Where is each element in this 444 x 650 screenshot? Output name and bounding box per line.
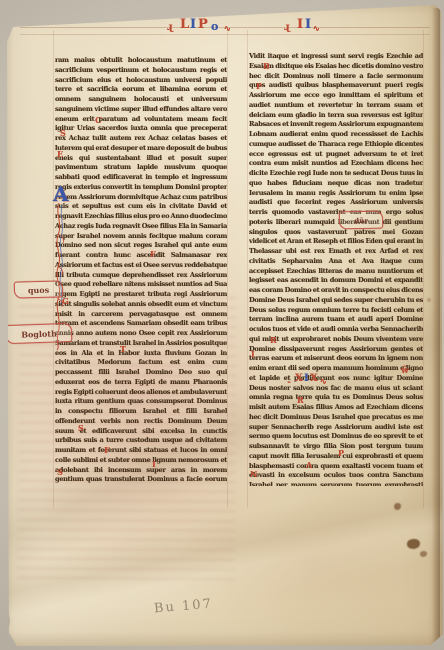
rubric-mark: ∿ — [320, 377, 327, 385]
margin-note-bogloth: Bogloth — [6, 323, 73, 344]
rubric-mark: o — [211, 21, 218, 32]
rubric-mark: E — [57, 150, 63, 158]
rubric-mark: ɻ — [284, 23, 290, 33]
rubric-mark: X — [295, 374, 303, 384]
rubric-mark: S — [60, 129, 66, 137]
ruling-line-top-2 — [20, 34, 430, 35]
rubric-mark: ɻ — [167, 23, 173, 33]
rubric-mark: ∿ — [313, 24, 320, 32]
rubric-mark: X — [310, 374, 318, 384]
margin-note-quos: quos — [14, 280, 63, 298]
decorated-initial: A — [51, 183, 81, 333]
rubric-mark: w̃ — [401, 367, 409, 376]
rubric-mark: L — [180, 18, 189, 31]
rubric-mark: S — [78, 424, 84, 432]
rubric-mark: S — [57, 468, 63, 476]
rubric-mark: G — [62, 297, 69, 305]
rubric-mark: P — [198, 18, 208, 31]
rubric-mark: T — [120, 345, 126, 353]
ruling-line-gutter-2 — [247, 30, 248, 508]
rubric-mark: I — [305, 18, 311, 31]
rubric-mark: I — [152, 460, 156, 468]
text-column-right: Vidit itaque et ingressi sunt servi regi… — [249, 52, 423, 486]
rubric-mark: I — [251, 350, 255, 358]
rubric-mark: P — [338, 449, 344, 457]
rubric-mark: I — [297, 18, 303, 31]
page-edge — [432, 8, 440, 642]
rubric-mark: N — [250, 470, 257, 478]
rubric-mark: P — [256, 82, 262, 90]
margin-note-dnr-text: dñr — [354, 215, 368, 224]
rubric-mark: R — [270, 336, 277, 344]
rubric-mark: B — [263, 62, 270, 70]
margin-note-bogloth-text: Bogloth — [21, 328, 57, 339]
manuscript-leaf: ram maius obtulit holocaustum matutinum … — [0, 0, 444, 650]
photo-background: ram maius obtulit holocaustum matutinum … — [0, 0, 444, 650]
rubric-mark: R — [297, 396, 304, 404]
rubric-mark: I — [304, 374, 309, 384]
ruling-line-right — [423, 30, 424, 508]
rubric-mark: A — [306, 461, 312, 469]
rubric-mark: ∿ — [224, 24, 231, 32]
rubric-mark: C — [95, 116, 101, 124]
margin-note-dnr: dñr — [339, 211, 383, 230]
ruling-line-gutter-1 — [227, 30, 228, 508]
rubric-mark: F — [104, 446, 110, 454]
stain-spot — [0, 611, 9, 633]
rubric-mark: F — [150, 250, 156, 258]
margin-note-quos-text: quos — [28, 284, 50, 295]
rubric-mark: ⁃ — [287, 378, 291, 386]
rubric-mark: I — [190, 18, 196, 31]
